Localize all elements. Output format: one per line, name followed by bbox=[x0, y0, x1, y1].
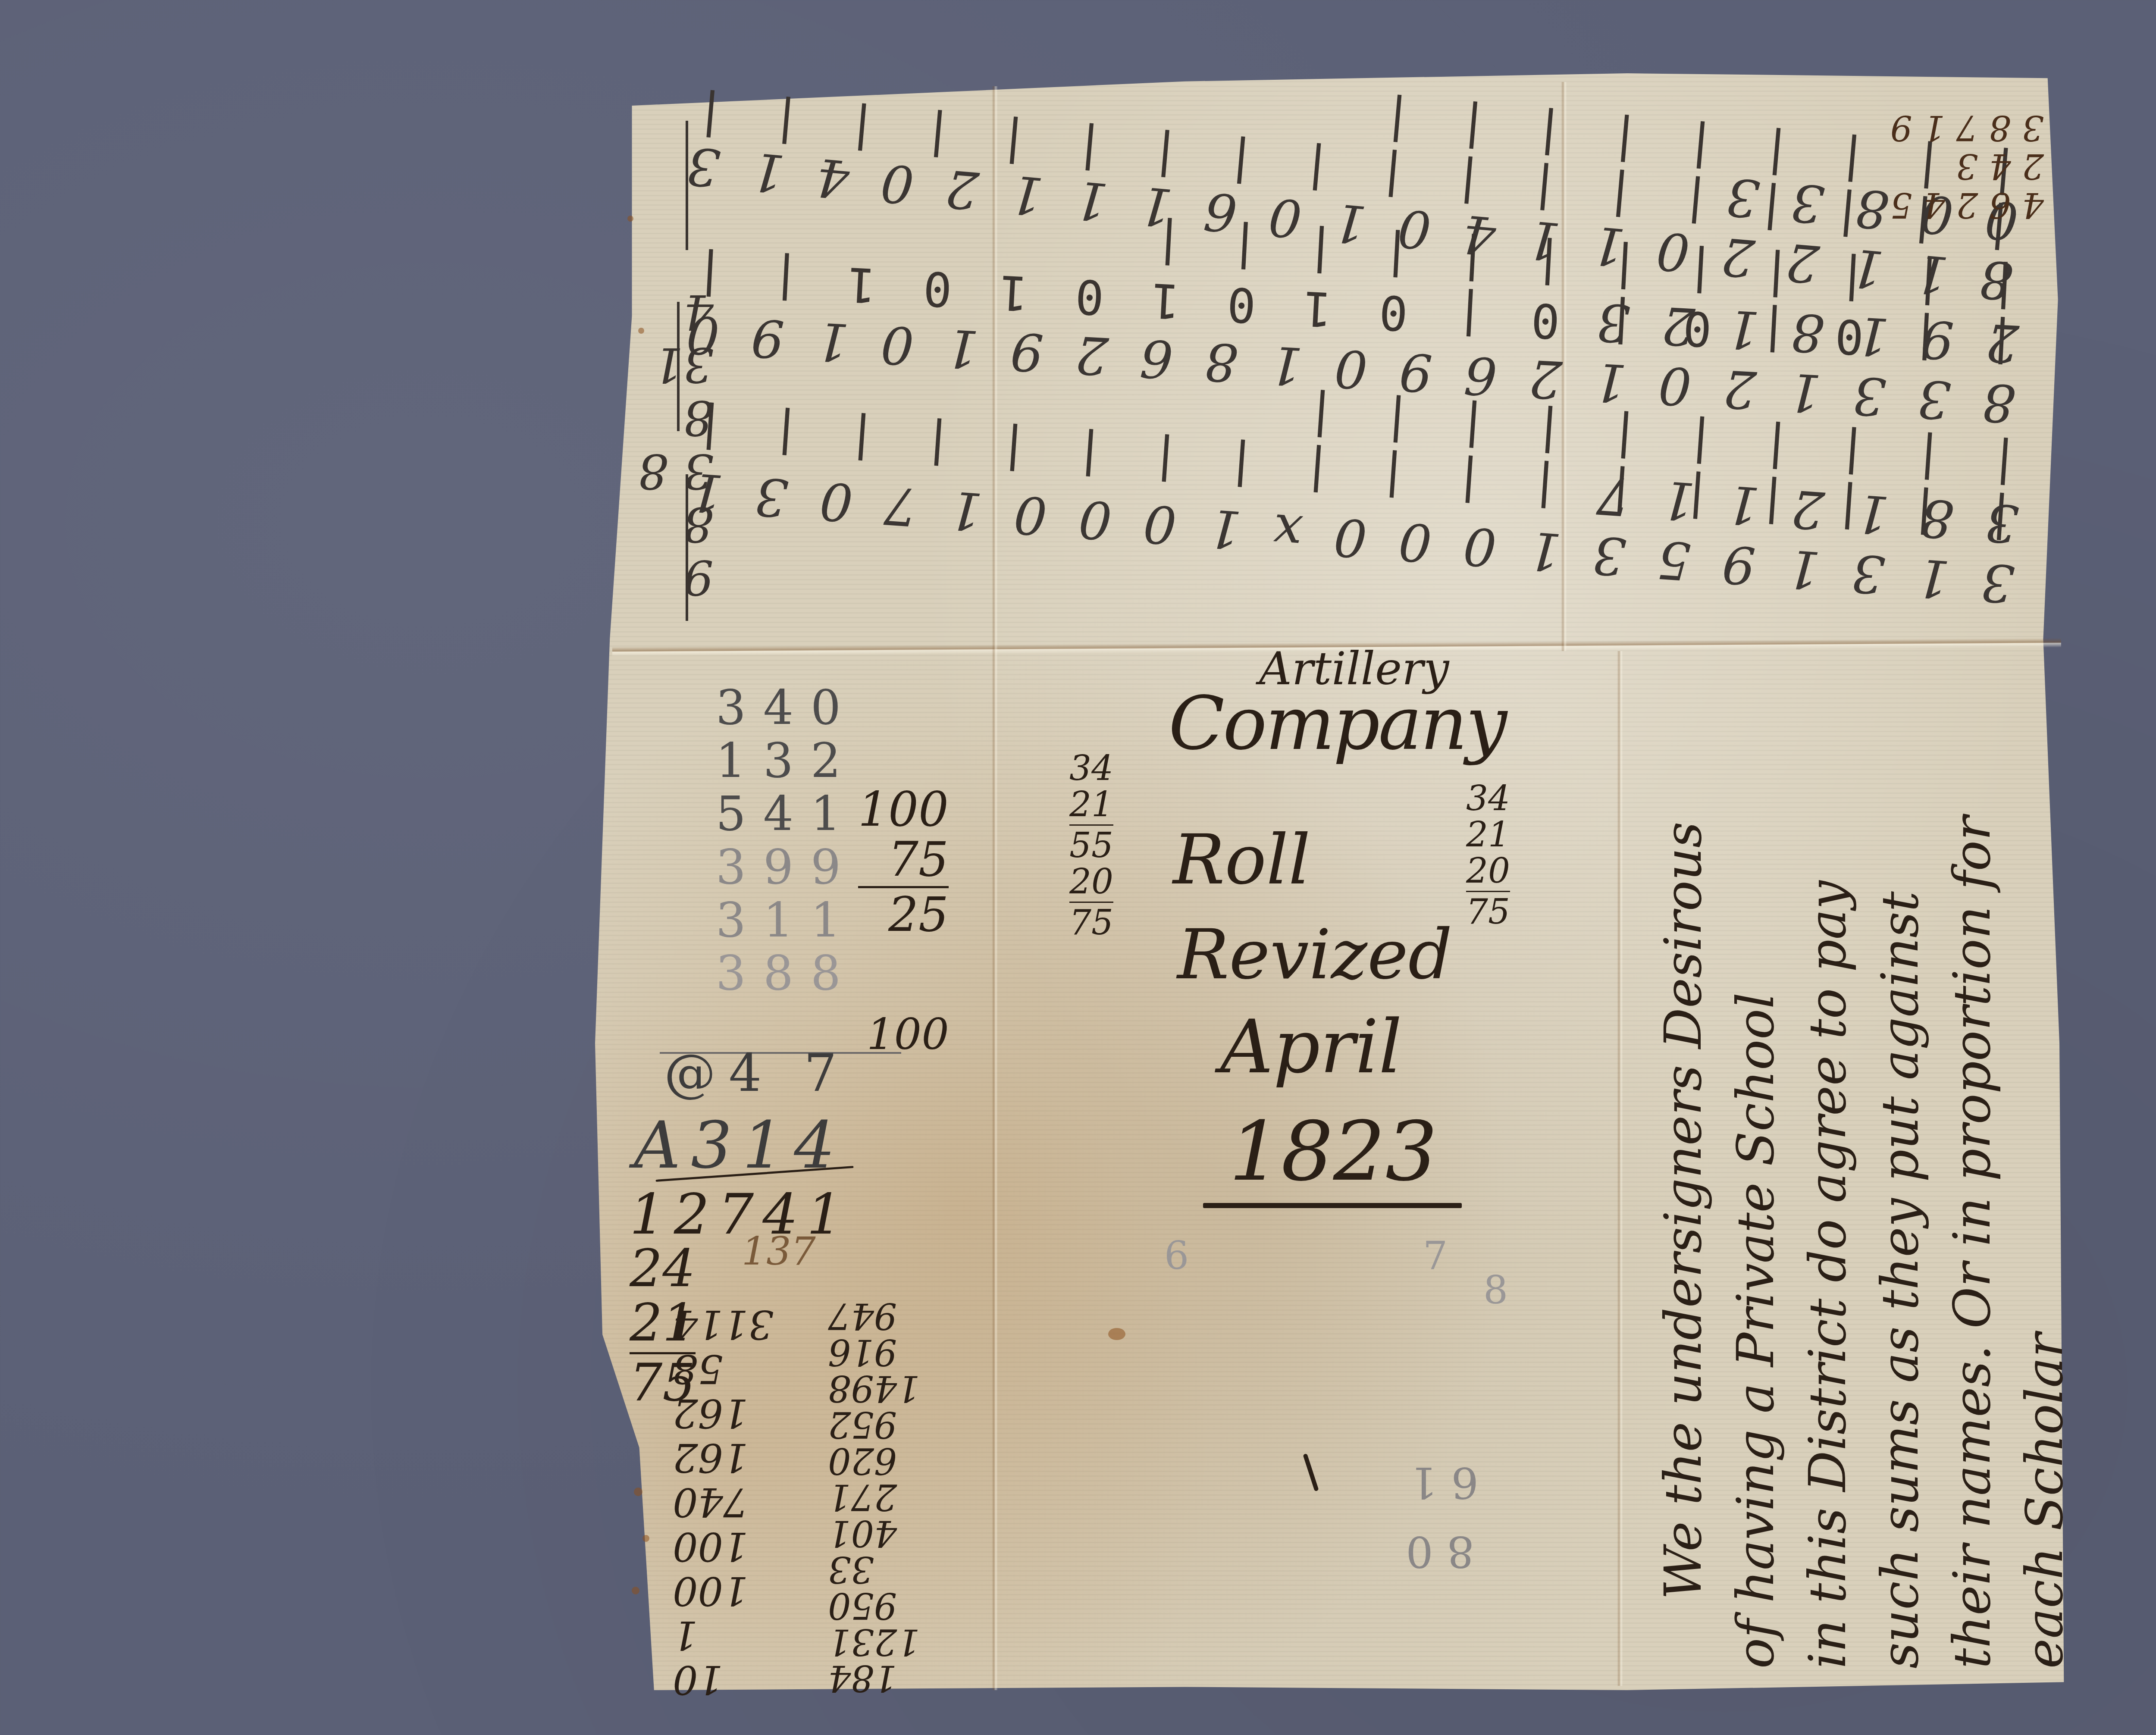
sum-value: 20 bbox=[1069, 864, 1113, 900]
margin-value: 3 8 bbox=[638, 444, 714, 497]
pencil-column: 340 132 541 399 311 388 bbox=[716, 681, 858, 1000]
column-value: 1 bbox=[673, 1613, 774, 1657]
column-value: 1498 bbox=[828, 1370, 920, 1406]
column-value: 58 bbox=[673, 1347, 774, 1391]
agreement-line: of having a Private School bbox=[1720, 655, 1792, 1669]
agreement-text: We the undersigners Desirous of having a… bbox=[1647, 655, 2081, 1669]
subtrahend: 75 bbox=[888, 835, 949, 885]
corner-value: 3 8 7 1 9 bbox=[1890, 108, 2044, 147]
corner-value: 4 6 2 4 5 bbox=[1890, 185, 2044, 224]
column-value: 947 bbox=[828, 1298, 920, 1334]
agreement-line: We the undersigners Desirous bbox=[1647, 655, 1720, 1669]
faint-pencil-mark: 6 bbox=[1164, 1233, 1189, 1278]
divider-line bbox=[686, 121, 688, 250]
title-revized: Revized bbox=[1177, 914, 1452, 995]
rust-spot bbox=[1108, 1328, 1125, 1340]
sum-value: 21 bbox=[1069, 786, 1113, 823]
faint-pencil-mark: 8 bbox=[1483, 1268, 1508, 1313]
divider-line bbox=[677, 302, 680, 431]
pencil-value: 399 bbox=[716, 841, 858, 894]
lower-right-column: 184 1231 950 33 401 271 620 952 1498 916… bbox=[828, 1298, 920, 1696]
sum-value: 55 bbox=[1069, 827, 1113, 864]
rust-spot bbox=[632, 1587, 639, 1594]
pencil-value: 311 bbox=[716, 894, 858, 947]
sum-value: 21 bbox=[1466, 817, 1510, 853]
column-value: 271 bbox=[828, 1479, 920, 1515]
column-value: 3114 bbox=[673, 1302, 774, 1347]
column-value: 1231 bbox=[828, 1624, 920, 1660]
divider-line bbox=[686, 474, 688, 621]
faint-pencil-mark: 7 bbox=[1423, 1233, 1448, 1278]
rust-spot bbox=[642, 1535, 649, 1542]
pencil-total-row-2: A314 bbox=[634, 1108, 846, 1183]
column-value: 952 bbox=[828, 1406, 920, 1443]
column-value: 916 bbox=[828, 1334, 920, 1370]
column-value: 100 bbox=[673, 1524, 774, 1569]
top-section: | | | | | | | | | | | | | | | | | | | | … bbox=[621, 78, 2053, 638]
column-value: 33 bbox=[828, 1551, 920, 1588]
title-company: Company bbox=[1169, 681, 1505, 767]
pencil-value: 132 bbox=[716, 734, 858, 787]
pencil-value: 340 bbox=[716, 681, 858, 734]
margin-value: 9 bbox=[638, 551, 714, 604]
column-value: 100 bbox=[673, 1569, 774, 1613]
title-roll: Roll bbox=[1173, 819, 1310, 900]
column-value: 401 bbox=[828, 1515, 920, 1551]
vertical-fold-right-lower bbox=[1617, 651, 1623, 1686]
margin-value: 4 bbox=[638, 285, 714, 338]
rust-spot bbox=[634, 1488, 642, 1496]
pencil-total-row-1: @4 7 bbox=[664, 1043, 850, 1103]
side-value-100: 100 bbox=[867, 1009, 949, 1059]
sum-value: 75 bbox=[1069, 905, 1113, 941]
sum-value: 20 bbox=[1466, 853, 1510, 889]
faint-pencil-mark: 8 0 bbox=[1406, 1526, 1474, 1577]
column-value: 184 bbox=[828, 1660, 920, 1696]
top-margin-values: 9 8 3 8 8 31 4 bbox=[638, 285, 714, 604]
year-underline bbox=[1203, 1203, 1462, 1208]
sum-value: 75 bbox=[1466, 894, 1510, 930]
margin-value: 31 bbox=[638, 338, 714, 391]
top-corner-values: 4 6 2 4 5 2 4 3 3 8 7 1 9 bbox=[1890, 108, 2044, 224]
ink-total: 12741 bbox=[630, 1181, 851, 1247]
column-value: 162 bbox=[673, 1391, 774, 1435]
column-value: 162 bbox=[673, 1435, 774, 1480]
column-value: 620 bbox=[828, 1443, 920, 1479]
minuend: 100 bbox=[858, 785, 949, 835]
difference: 25 bbox=[888, 890, 949, 940]
title-year: 1823 bbox=[1229, 1104, 1438, 1199]
agreement-line: such sums as they put against bbox=[1864, 655, 1937, 1669]
margin-value: 8 bbox=[638, 391, 714, 444]
pencil-value: 541 bbox=[716, 787, 858, 840]
title-left-sums: 34 21 55 20 75 bbox=[1069, 750, 1113, 941]
column-value: 740 bbox=[673, 1480, 774, 1524]
column-value: 10 bbox=[673, 1657, 774, 1702]
stack-value: 24 bbox=[630, 1242, 696, 1296]
subtraction-stack: 100 75 25 bbox=[858, 785, 949, 940]
agreement-line: each Scholar bbox=[2009, 655, 2081, 1669]
corner-value: 2 4 3 bbox=[1890, 147, 2044, 186]
agreement-line: their names. Or in proportion for bbox=[1936, 655, 2009, 1669]
margin-value: 8 bbox=[638, 498, 714, 551]
sum-value: 34 bbox=[1466, 780, 1510, 817]
faint-pencil-mark: 6 1 bbox=[1410, 1457, 1479, 1508]
sum-value: 34 bbox=[1069, 750, 1113, 786]
title-right-sums: 34 21 20 75 bbox=[1466, 780, 1510, 930]
title-april: April bbox=[1220, 1005, 1402, 1090]
agreement-line: in this District do agree to pay bbox=[1792, 655, 1864, 1669]
pencil-value: 388 bbox=[716, 947, 858, 1000]
column-value: 950 bbox=[828, 1588, 920, 1624]
ink-below-value: 137 bbox=[742, 1229, 816, 1274]
lower-middle-column: 10 1 100 100 740 162 162 58 3114 bbox=[673, 1302, 774, 1702]
